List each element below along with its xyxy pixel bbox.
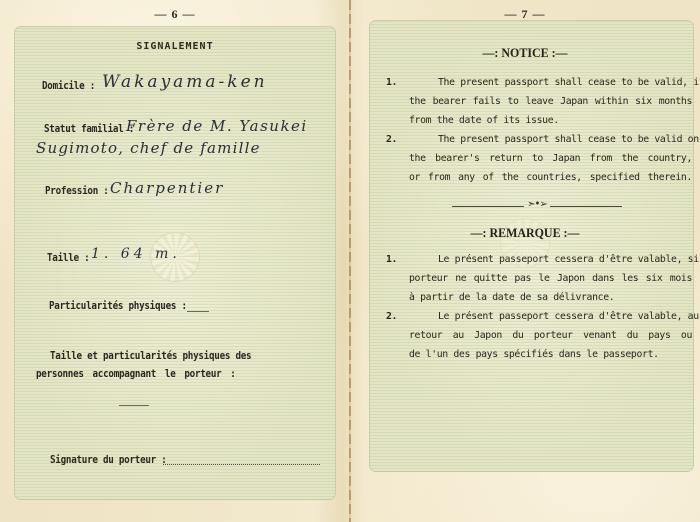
field-accompagnants-line1: Taille et particularités physiques des: [50, 350, 279, 362]
item-line: the bearer fails to leave Japan within s…: [386, 92, 692, 111]
field-label: Profession :: [45, 185, 109, 197]
remarque-item-2: 2. Le présent passeport cessera d'être v…: [386, 307, 692, 364]
field-label: Signature du porteur :: [50, 454, 167, 466]
item-line: Le présent passeport cessera d'être vala…: [386, 307, 692, 326]
handwritten-domicile: Wakayama-ken: [102, 72, 268, 92]
item-line: retour au Japon du porteur venant du pay…: [386, 326, 692, 345]
field-label: Taille et particularités physiques des: [50, 350, 251, 362]
notice-item-1: 1. The present passport shall cease to b…: [386, 73, 692, 130]
field-label: Taille :: [47, 252, 89, 264]
handwritten-taille: 1. 64 m.: [91, 246, 181, 262]
item-line: The present passport shall cease to be v…: [386, 73, 692, 92]
notice-item-2: 2. The present passport shall cease to b…: [386, 130, 692, 187]
item-number: 1.: [386, 73, 397, 92]
field-label: personnes accompagnant le porteur :: [36, 368, 236, 380]
item-line: Le présent passeport cessera d'être vala…: [386, 250, 692, 269]
page-7: — 7 — —: NOTICE :— 1. The present passpo…: [350, 0, 700, 522]
item-line: or from any of the countries, specified …: [386, 168, 692, 187]
section-title-notice: —: NOTICE :—: [364, 45, 686, 61]
field-profession: Profession :: [45, 185, 117, 197]
remarque-item-1: 1. Le présent passeport cessera d'être v…: [386, 250, 692, 307]
signature-line: [163, 464, 320, 465]
handwritten-profession: Charpentier: [110, 179, 224, 197]
item-line: from the date of its issue.: [386, 111, 692, 130]
section-title-signalement: SIGNALEMENT: [14, 41, 336, 52]
section-title-remarque: —: REMARQUE :—: [364, 225, 686, 241]
item-line: The present passport shall cease to be v…: [386, 130, 692, 149]
handwritten-statut-line1: Frère de M. Yasukei: [126, 117, 308, 135]
blank-particularites: [187, 311, 209, 312]
item-line: de l'un des pays spécifiés dans le passe…: [386, 345, 692, 364]
passport-spread: — 6 — SIGNALEMENT Domicile : Wakayama-ke…: [0, 0, 700, 522]
field-particularites: Particularités physiques :: [49, 300, 206, 312]
field-label: Domicile :: [42, 80, 95, 92]
page-6: — 6 — SIGNALEMENT Domicile : Wakayama-ke…: [0, 0, 350, 522]
item-line: porteur ne quitte pas le Japon dans les …: [386, 269, 692, 288]
item-line: the bearer's return to Japan from the co…: [386, 149, 692, 168]
divider-rule: [550, 206, 622, 207]
field-label: Statut familial :: [44, 123, 134, 135]
blank-accompagnants: [119, 405, 149, 406]
decorative-divider: ➣•➢: [452, 203, 622, 211]
field-domicile: Domicile :: [42, 80, 102, 92]
item-number: 1.: [386, 250, 397, 269]
fleuron-icon: ➣•➢: [524, 199, 550, 210]
field-accompagnants-line2: personnes accompagnant le porteur :: [36, 368, 263, 380]
field-taille: Taille :: [47, 252, 95, 264]
item-line: à partir de la date de sa délivrance.: [386, 288, 692, 307]
item-number: 2.: [386, 130, 397, 149]
item-number: 2.: [386, 307, 397, 326]
handwritten-statut-line2: Sugimoto, chef de famille: [36, 139, 261, 157]
divider-rule: [452, 206, 524, 207]
page-number: — 6 —: [0, 7, 350, 22]
field-label: Particularités physiques :: [49, 300, 187, 312]
